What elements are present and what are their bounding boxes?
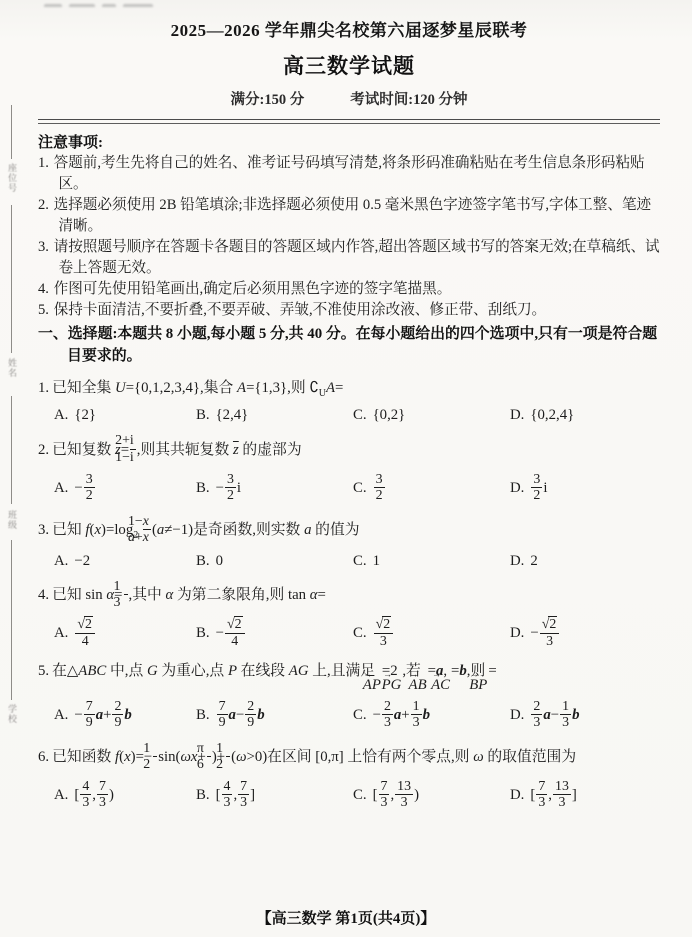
option-a: A.{2} [54, 407, 196, 424]
question-list: 1.已知全集 U={0,1,2,3,4},集合 A={1,3},则 ∁UA= A… [38, 377, 660, 812]
option-text: 32 [373, 480, 386, 496]
option-label: A. [54, 480, 68, 496]
scan-artifact [44, 0, 160, 7]
binding-line [11, 540, 12, 700]
option-c: C.[73,133) [353, 780, 510, 812]
option-d: D.32i [510, 473, 660, 505]
notice-item: 2. 选择题必须使用 2B 铅笔填涂;非选择题必须使用 0.5 毫米黑色字迹签字… [38, 195, 660, 237]
option-label: A. [54, 787, 68, 803]
binding-line [11, 396, 12, 504]
option-label: A. [54, 625, 68, 641]
option-a: A.−32 [54, 473, 196, 505]
option-d: D.23a−13b [510, 700, 660, 732]
option-c: C.1 [353, 553, 510, 570]
option-text: [43,73) [74, 787, 113, 803]
option-b: B.{2,4} [196, 407, 353, 424]
question: 1.已知全集 U={0,1,2,3,4},集合 A={1,3},则 ∁UA= A… [38, 377, 660, 424]
option-label: B. [196, 407, 210, 423]
option-row: A.−32B.−32iC.32D.32i [38, 473, 660, 505]
question: 6.已知函数 f(x)=−12sin(ωx+π6)+12(ω>0)在区间 [0,… [38, 742, 660, 812]
binding-label-school: 学校 [6, 704, 19, 724]
option-label: C. [353, 625, 367, 641]
option-text: −√23 [530, 625, 560, 641]
option-row: A.−2B.0C.1D.2 [38, 553, 660, 570]
option-text: −2 [74, 553, 90, 569]
option-text: 79a−29b [216, 707, 265, 723]
question-text: 已知全集 U={0,1,2,3,4},集合 A={1,3},则 ∁UA= [52, 380, 343, 396]
binding-rail: 座位号 姓名 班级 学校 [9, 0, 25, 937]
option-label: B. [196, 707, 210, 723]
option-row: A.{2}B.{2,4}C.{0,2}D.{0,2,4} [38, 407, 660, 424]
option-label: C. [353, 407, 367, 423]
option-row: A.√24B.−√24C.√23D.−√23 [38, 618, 660, 650]
notice-item: 5. 保持卡面清洁,不要折叠,不要弄破、弄皱,不准使用涂改液、修正带、刮纸刀。 [38, 300, 660, 321]
question-number: 5. [38, 663, 49, 679]
notice-item: 4. 作图可先使用铅笔画出,确定后必须用黑色字迹的签字笔描黑。 [38, 279, 660, 300]
exam-header: 2025—2026 学年鼎尖名校第六届逐梦星辰联考 高三数学试题 满分:150 … [38, 16, 660, 109]
question: 2.已知复数 z=2+i1−i,则其共轭复数 z 的虚部为 A.−32B.−32… [38, 434, 660, 504]
question-text: 已知 f(x)=log2 1−xa+x(a≠−1)是奇函数,则实数 a 的值为 [52, 522, 359, 538]
option-c: C.32 [353, 473, 510, 505]
option-a: A.−79a+29b [54, 700, 196, 732]
question-number: 2. [38, 442, 49, 458]
option-d: D.[73,133] [510, 780, 660, 812]
notice-item: 3. 请按照题号顺序在答题卡各题目的答题区域内作答,超出答题区域书写的答案无效;… [38, 237, 660, 279]
notice-item: 1. 答题前,考生先将自己的姓名、准考证号码填写清楚,将条形码准确粘贴在考生信息… [38, 153, 660, 195]
option-d: D.{0,2,4} [510, 407, 660, 424]
option-a: A.[43,73) [54, 780, 196, 812]
option-text: −32 [74, 480, 95, 496]
option-label: D. [510, 407, 524, 423]
option-label: A. [54, 553, 68, 569]
option-text: 32i [530, 480, 547, 496]
question-number: 1. [38, 380, 49, 396]
section-heading: 一、选择题:本题共 8 小题,每小题 5 分,共 40 分。在每小题给出的四个选… [38, 324, 660, 368]
option-c: C.√23 [353, 618, 510, 650]
option-label: A. [54, 407, 68, 423]
question-stem: 6.已知函数 f(x)=−12sin(ωx+π6)+12(ω>0)在区间 [0,… [38, 742, 660, 774]
option-label: D. [510, 707, 524, 723]
option-text: −23a+13b [373, 707, 430, 723]
duration-label: 考试时间:120 分钟 [350, 88, 467, 109]
question-text: 已知 sin α=13,其中 α 为第二象限角,则 tan α= [52, 587, 326, 603]
binding-label-name: 姓名 [6, 358, 19, 378]
option-text: 0 [216, 553, 223, 569]
option-label: C. [353, 787, 367, 803]
option-label: A. [54, 707, 68, 723]
binding-line [11, 105, 12, 159]
option-text: −√24 [216, 625, 246, 641]
option-label: D. [510, 553, 524, 569]
option-text: {2,4} [216, 407, 249, 423]
question-text: 在△ABC 中,点 G 为重心,点 P 在线段 AG 上,且满足 →AP=2→P… [52, 663, 497, 679]
question-stem: 1.已知全集 U={0,1,2,3,4},集合 A={1,3},则 ∁UA= [38, 377, 660, 401]
option-label: C. [353, 707, 367, 723]
option-text: [73,133] [530, 787, 576, 803]
question-stem: 4.已知 sin α=13,其中 α 为第二象限角,则 tan α= [38, 580, 660, 612]
option-text: {0,2} [373, 407, 406, 423]
option-text: −79a+29b [74, 707, 131, 723]
question-text: 已知函数 f(x)=−12sin(ωx+π6)+12(ω>0)在区间 [0,π]… [52, 749, 576, 765]
binding-label-class: 班级 [6, 510, 19, 530]
option-text: 2 [530, 553, 537, 569]
option-text: −32i [216, 480, 241, 496]
option-text: √23 [373, 625, 395, 641]
question-stem: 3.已知 f(x)=log2 1−xa+x(a≠−1)是奇函数,则实数 a 的值… [38, 515, 660, 547]
exam-series-title: 2025—2026 学年鼎尖名校第六届逐梦星辰联考 [38, 16, 660, 41]
exam-meta: 满分:150 分 考试时间:120 分钟 [38, 88, 660, 109]
option-label: C. [353, 553, 367, 569]
option-b: B.−√24 [196, 618, 353, 650]
option-label: B. [196, 480, 210, 496]
option-b: B.−32i [196, 473, 353, 505]
option-text: [73,133) [373, 787, 419, 803]
binding-label-seat: 座位号 [6, 163, 19, 193]
option-label: C. [353, 480, 367, 496]
option-b: B.[43,73] [196, 780, 353, 812]
option-label: B. [196, 553, 210, 569]
page-footer: 【高三数学 第1页(共4页)】 [0, 907, 692, 928]
option-c: C.{0,2} [353, 407, 510, 424]
option-label: D. [510, 480, 524, 496]
full-score-label: 满分:150 分 [231, 88, 305, 109]
option-b: B.79a−29b [196, 700, 353, 732]
option-c: C.−23a+13b [353, 700, 510, 732]
question-number: 3. [38, 522, 49, 538]
option-text: {2} [74, 407, 96, 423]
option-a: A.√24 [54, 618, 196, 650]
option-text: {0,2,4} [530, 407, 574, 423]
option-a: A.−2 [54, 553, 196, 570]
notice-list: 1. 答题前,考生先将自己的姓名、准考证号码填写清楚,将条形码准确粘贴在考生信息… [38, 153, 660, 321]
option-b: B.0 [196, 553, 353, 570]
footer-text: 【高三数学 第1页(共4页)】 [257, 911, 436, 927]
option-row: A.−79a+29bB.79a−29bC.−23a+13bD.23a−13b [38, 700, 660, 732]
question-number: 6. [38, 749, 49, 765]
option-text: 23a−13b [530, 707, 579, 723]
option-d: D.−√23 [510, 618, 660, 650]
option-label: D. [510, 787, 524, 803]
notices-section: 注意事项: 1. 答题前,考生先将自己的姓名、准考证号码填写清楚,将条形码准确粘… [38, 131, 660, 321]
question-text: 已知复数 z=2+i1−i,则其共轭复数 z 的虚部为 [52, 442, 302, 458]
option-d: D.2 [510, 553, 660, 570]
page-title: 高三数学试题 [38, 50, 660, 80]
question-stem: 5.在△ABC 中,点 G 为重心,点 P 在线段 AG 上,且满足 →AP=2… [38, 660, 660, 694]
option-text: [43,73] [216, 787, 255, 803]
header-divider [38, 119, 660, 124]
question: 3.已知 f(x)=log2 1−xa+x(a≠−1)是奇函数,则实数 a 的值… [38, 515, 660, 570]
question: 4.已知 sin α=13,其中 α 为第二象限角,则 tan α= A.√24… [38, 580, 660, 650]
option-label: B. [196, 787, 210, 803]
question-stem: 2.已知复数 z=2+i1−i,则其共轭复数 z 的虚部为 [38, 434, 660, 466]
notices-title: 注意事项: [38, 131, 660, 152]
question: 5.在△ABC 中,点 G 为重心,点 P 在线段 AG 上,且满足 →AP=2… [38, 660, 660, 732]
option-text: 1 [373, 553, 380, 569]
option-label: B. [196, 625, 210, 641]
option-row: A.[43,73)B.[43,73]C.[73,133)D.[73,133] [38, 780, 660, 812]
exam-page: 座位号 姓名 班级 学校 2025—2026 学年鼎尖名校第六届逐梦星辰联考 高… [0, 0, 692, 937]
page-content: 2025—2026 学年鼎尖名校第六届逐梦星辰联考 高三数学试题 满分:150 … [0, 0, 692, 812]
binding-line [11, 205, 12, 353]
question-number: 4. [38, 587, 49, 603]
option-label: D. [510, 625, 524, 641]
option-text: √24 [74, 625, 96, 641]
